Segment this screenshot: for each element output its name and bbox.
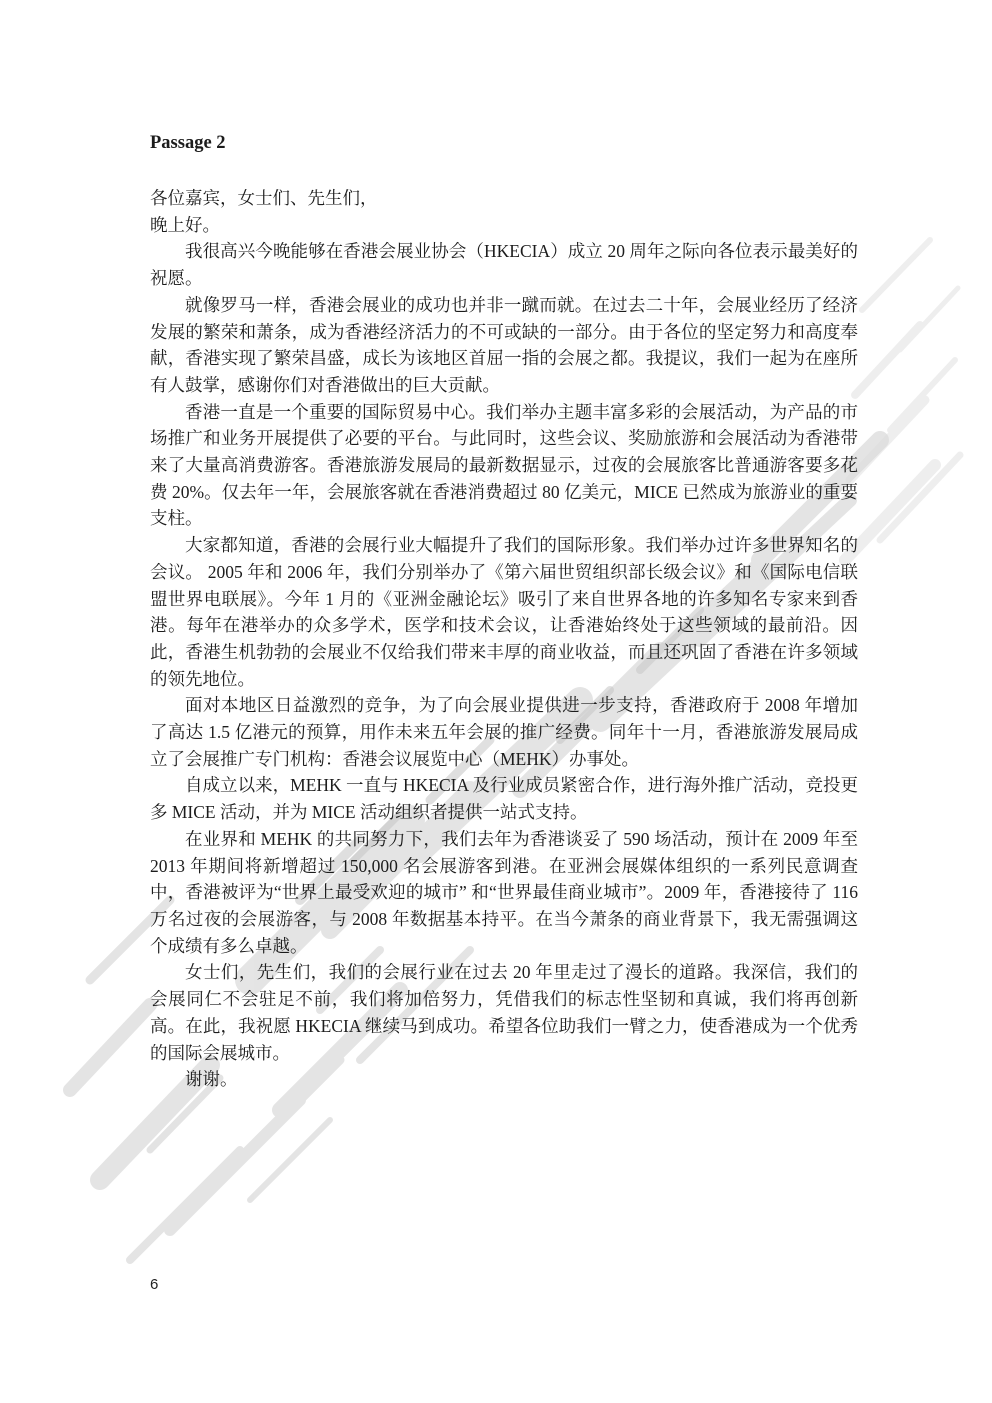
paragraph-1: 我很高兴今晚能够在香港会展业协会（HKECIA）成立 20 周年之际向各位表示最… [150, 238, 858, 291]
document-page: Passage 2 各位嘉宾，女士们、先生们， 晚上好。 我很高兴今晚能够在香港… [0, 0, 992, 1403]
document-body: Passage 2 各位嘉宾，女士们、先生们， 晚上好。 我很高兴今晚能够在香港… [150, 130, 858, 1093]
page-title: Passage 2 [150, 130, 858, 157]
paragraph-4: 大家都知道，香港的会展行业大幅提升了我们的国际形象。我们举办过许多世界知名的会议… [150, 532, 858, 692]
page-number: 6 [150, 1276, 158, 1293]
paragraph-closing: 谢谢。 [150, 1066, 858, 1093]
paragraph-8: 女士们，先生们，我们的会展行业在过去 20 年里走过了漫长的道路。我深信，我们的… [150, 959, 858, 1066]
salutation-block: 各位嘉宾，女士们、先生们， 晚上好。 [150, 185, 858, 238]
salutation-line-1: 各位嘉宾，女士们、先生们， [150, 185, 858, 212]
paragraph-7: 在业界和 MEHK 的共同努力下，我们去年为香港谈妥了 590 场活动，预计在 … [150, 826, 858, 960]
paragraph-6: 自成立以来，MEHK 一直与 HKECIA 及行业成员紧密合作，进行海外推广活动… [150, 772, 858, 825]
paragraph-3: 香港一直是一个重要的国际贸易中心。我们举办主题丰富多彩的会展活动，为产品的市场推… [150, 399, 858, 533]
salutation-line-2: 晚上好。 [150, 212, 858, 239]
paragraph-5: 面对本地区日益激烈的竞争，为了向会展业提供进一步支持，香港政府于 2008 年增… [150, 692, 858, 772]
paragraph-2: 就像罗马一样，香港会展业的成功也并非一蹴而就。在过去二十年，会展业经历了经济发展… [150, 292, 858, 399]
